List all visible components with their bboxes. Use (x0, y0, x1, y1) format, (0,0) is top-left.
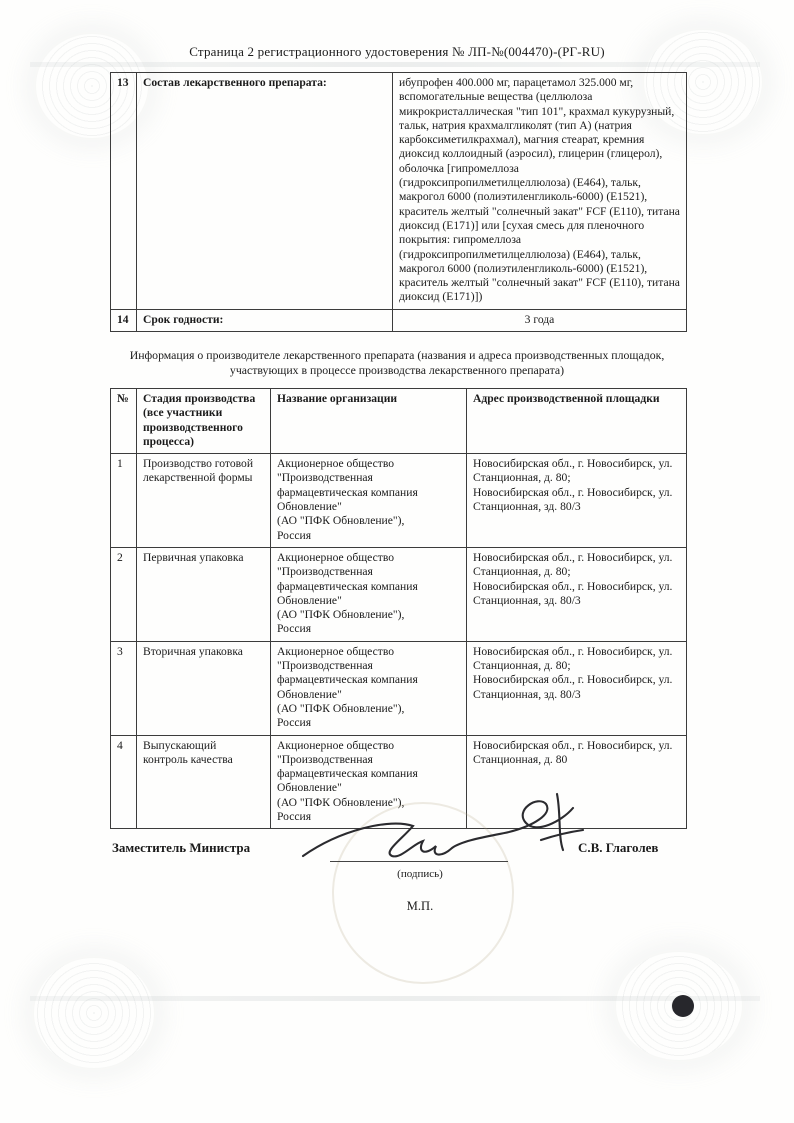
header-number: № (111, 389, 137, 454)
organization-cell: Акционерное общество "Производственная ф… (271, 454, 467, 548)
row-number: 4 (111, 735, 137, 829)
composition-label: Состав лекарственного препарата: (137, 73, 393, 310)
organization-cell: Акционерное общество "Производственная ф… (271, 641, 467, 735)
table-row: 2 Первичная упаковка Акционерное обществ… (111, 547, 687, 641)
shelf-life-value: 3 года (393, 309, 687, 331)
stage-cell: Производство готовой лекарственной формы (137, 454, 271, 548)
stage-cell: Первичная упаковка (137, 547, 271, 641)
signatory-name: С.В. Глаголев (578, 840, 658, 856)
row-number: 3 (111, 641, 137, 735)
table-header-row: № Стадия производства (все участники про… (111, 389, 687, 454)
table-row: 1 Производство готовой лекарственной фор… (111, 454, 687, 548)
stage-cell: Выпускающий контроль качества (137, 735, 271, 829)
address-cell: Новосибирская обл., г. Новосибирск, ул. … (467, 547, 687, 641)
row-number: 2 (111, 547, 137, 641)
guilloche-band (30, 62, 760, 67)
composition-value: ибупрофен 400.000 мг, парацетамол 325.00… (393, 73, 687, 310)
header-address: Адрес производственной площадки (467, 389, 687, 454)
corner-rosette-ornament (34, 958, 154, 1068)
manufacturer-info-paragraph: Информация о производителе лекарственног… (0, 348, 794, 378)
certificate-page: Страница 2 регистрационного удостоверени… (0, 0, 794, 1123)
signatory-title: Заместитель Министра (112, 840, 250, 856)
address-cell: Новосибирская обл., г. Новосибирск, ул. … (467, 641, 687, 735)
organization-cell: Акционерное общество "Производственная ф… (271, 547, 467, 641)
header-stage: Стадия производства (все участники произ… (137, 389, 271, 454)
page-title: Страница 2 регистрационного удостоверени… (0, 44, 794, 60)
row-number: 13 (111, 73, 137, 310)
seal-mark: М.П. (355, 899, 485, 914)
guilloche-band (30, 996, 760, 1001)
production-sites-table: № Стадия производства (все участники про… (110, 388, 687, 829)
stage-cell: Вторичная упаковка (137, 641, 271, 735)
hole-punch-dot (672, 995, 694, 1017)
drug-details-table: 13 Состав лекарственного препарата: ибуп… (110, 72, 687, 332)
row-number: 14 (111, 309, 137, 331)
header-organization: Название организации (271, 389, 467, 454)
row-number: 1 (111, 454, 137, 548)
table-row-composition: 13 Состав лекарственного препарата: ибуп… (111, 73, 687, 310)
signature-line (330, 861, 508, 862)
address-cell: Новосибирская обл., г. Новосибирск, ул. … (467, 454, 687, 548)
table-row: 3 Вторичная упаковка Акционерное обществ… (111, 641, 687, 735)
table-row-shelf-life: 14 Срок годности: 3 года (111, 309, 687, 331)
shelf-life-label: Срок годности: (137, 309, 393, 331)
signature-caption: (подпись) (355, 868, 485, 880)
